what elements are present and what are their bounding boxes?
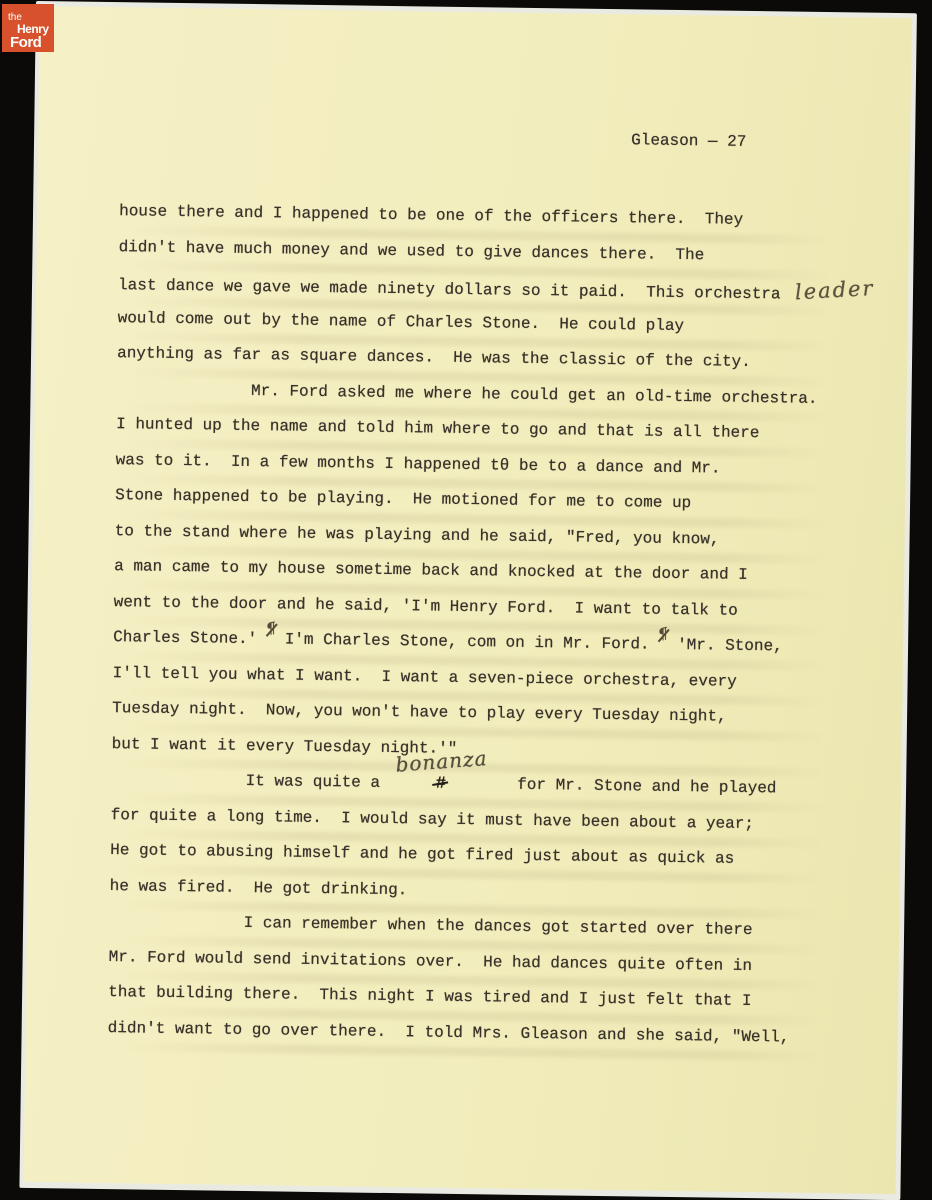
scan-background: Gleason — 27 house there and I happened …	[0, 0, 932, 1200]
typed-text: He got to abusing himself and he got fir…	[110, 841, 734, 868]
typed-text: I'm Charles Stone, com on in Mr. Ford.	[285, 630, 650, 653]
handwritten-annotation: leader	[794, 271, 875, 311]
typed-text: didn't have much money and we used to gi…	[119, 238, 705, 264]
typed-text: anything as far as square dances. He was…	[117, 344, 751, 371]
typed-text: was to it. In a few months I happened tθ…	[116, 451, 721, 477]
typed-text: I hunted up the name and told him where …	[116, 415, 760, 442]
correction-slot: #bonanza	[390, 766, 508, 794]
typed-text: went to the door and he said, 'I'm Henry…	[114, 593, 738, 620]
typed-text: house there and I happened to be one of …	[119, 202, 743, 229]
henry-ford-logo: the Henry Ford	[2, 4, 54, 52]
typed-text: a man came to my house sometime back and…	[114, 557, 748, 584]
typed-lines: house there and I happened to be one of …	[107, 194, 875, 1056]
typed-text: I can remember when the dances got start…	[109, 912, 753, 939]
typed-text: Mr. Ford asked me where he could get an …	[117, 380, 818, 408]
logo-ford: Ford	[10, 35, 41, 50]
typed-text: for Mr. Stone and he played	[508, 776, 777, 798]
typed-text: didn't want to go over there. I told Mrs…	[108, 1019, 790, 1047]
typed-text: would come out by the name of Charles St…	[118, 309, 685, 335]
typed-text: Mr. Ford would send invitations over. He…	[109, 948, 753, 975]
paragraph-mark-annotation: ¶	[657, 626, 669, 643]
typed-text: 'Mr. Stone,	[677, 636, 783, 655]
page-header: Gleason — 27	[631, 131, 746, 151]
typed-text: Tuesday night. Now, you won't have to pl…	[112, 699, 727, 726]
typed-text: last dance we gave we made ninety dollar…	[118, 276, 781, 303]
document-page: Gleason — 27 house there and I happened …	[24, 6, 912, 1194]
typed-text: to the stand where he was playing and he…	[115, 522, 720, 548]
typed-text: Stone happened to be playing. He motione…	[115, 486, 691, 512]
paragraph-mark-annotation: ¶	[265, 621, 277, 638]
typed-text: I'll tell you what I want. I want a seve…	[113, 664, 737, 691]
typed-text: for quite a long time. I would say it mu…	[111, 806, 755, 833]
typed-text: that building there. This night I was ti…	[108, 983, 752, 1010]
typed-text: Charles Stone.'	[113, 628, 257, 648]
typed-text: It was quite a	[111, 770, 390, 792]
typed-text: he was fired. He got drinking.	[110, 877, 408, 899]
